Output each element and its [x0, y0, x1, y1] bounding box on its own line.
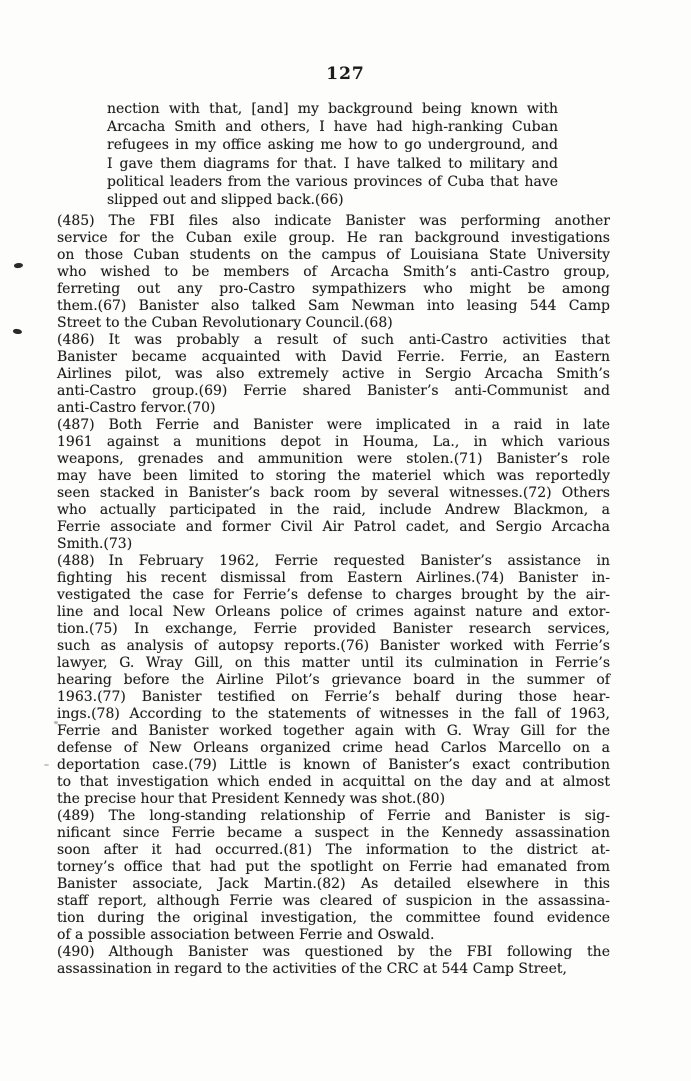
document-page: 127 nection with that, [and] my backgrou… — [0, 0, 691, 1081]
paragraph-489: (489) The long-standing relationship of … — [57, 808, 610, 944]
text-line: 1963.(77) Banister testified on Ferrie’s… — [57, 689, 610, 706]
text-line: who actually participated in the raid, i… — [57, 502, 610, 519]
text-line: Airlines pilot, was also extremely activ… — [57, 366, 610, 383]
text-line: line and local New Orleans police of cri… — [57, 604, 610, 621]
text-line: tion during the original investigation, … — [57, 910, 610, 927]
text-line: I gave them diagrams for that. I have ta… — [107, 155, 558, 173]
paragraph-486: (486) It was probably a result of such a… — [57, 332, 610, 417]
text-line: fighting his recent dismissal from Easte… — [57, 570, 610, 587]
text-line: staff report, although Ferrie was cleare… — [57, 893, 610, 910]
text-line: hearing before the Airline Pilot’s griev… — [57, 672, 610, 689]
text-line: (489) The long-standing relationship of … — [57, 808, 610, 825]
text-line: nificant since Ferrie became a suspect i… — [57, 825, 610, 842]
text-line: assassination in regard to the activitie… — [57, 961, 610, 978]
text-line: Smith.(73) — [57, 536, 610, 553]
ink-speck — [54, 721, 58, 724]
text-line: slipped out and slipped back.(66) — [107, 191, 558, 209]
text-line: the precise hour that President Kennedy … — [57, 791, 610, 808]
text-line: seen stacked in Banister’s back room by … — [57, 485, 610, 502]
text-line: 1961 against a munitions depot in Houma,… — [57, 434, 610, 451]
text-line: political leaders from the various provi… — [107, 173, 558, 191]
text-line: nection with that, [and] my background b… — [107, 100, 558, 118]
ink-speck — [44, 764, 49, 766]
text-line: deportation case.(79) Little is known of… — [57, 757, 610, 774]
text-line: them.(67) Banister also talked Sam Newma… — [57, 298, 610, 315]
text-line: Banister associate, Jack Martin.(82) As … — [57, 876, 610, 893]
text-line: vestigated the case for Ferrie’s defense… — [57, 587, 610, 604]
text-line: Arcacha Smith and others, I have had hig… — [107, 118, 558, 136]
text-line: of a possible association between Ferrie… — [57, 927, 610, 944]
text-line: refugees in my office asking me how to g… — [107, 136, 558, 154]
text-line: Ferrie and Banister worked together agai… — [57, 723, 610, 740]
text-line: weapons, grenades and ammunition were st… — [57, 451, 610, 468]
paragraph-488: (488) In February 1962, Ferrie requested… — [57, 553, 610, 808]
text-line: such as analysis of autopsy reports.(76)… — [57, 638, 610, 655]
page-number: 127 — [0, 64, 691, 84]
text-line: (485) The FBI files also indicate Banist… — [57, 213, 610, 230]
text-line: on those Cuban students on the campus of… — [57, 247, 610, 264]
ink-speck — [14, 262, 24, 268]
paragraph-490: (490) Although Banister was questioned b… — [57, 944, 610, 978]
text-line: tion.(75) In exchange, Ferrie provided B… — [57, 621, 610, 638]
ink-speck — [13, 329, 22, 335]
text-line: anti-Castro fervor.(70) — [57, 400, 610, 417]
text-line: Ferrie associate and former Civil Air Pa… — [57, 519, 610, 536]
text-line: (490) Although Banister was questioned b… — [57, 944, 610, 961]
text-line: Banister became acquainted with David Fe… — [57, 349, 610, 366]
text-line: lawyer, G. Wray Gill, on this matter unt… — [57, 655, 610, 672]
text-line: (487) Both Ferrie and Banister were impl… — [57, 417, 610, 434]
page-content: nection with that, [and] my background b… — [57, 100, 610, 978]
text-line: who wished to be members of Arcacha Smit… — [57, 264, 610, 281]
text-line: service for the Cuban exile group. He ra… — [57, 230, 610, 247]
text-line: Street to the Cuban Revolutionary Counci… — [57, 315, 610, 332]
text-line: may have been limited to storing the mat… — [57, 468, 610, 485]
text-line: soon after it had occurred.(81) The info… — [57, 842, 610, 859]
blockquote-excerpt: nection with that, [and] my background b… — [107, 100, 558, 209]
text-line: anti-Castro group.(69) Ferrie shared Ban… — [57, 383, 610, 400]
paragraph-487: (487) Both Ferrie and Banister were impl… — [57, 417, 610, 553]
text-line: ings.(78) According to the statements of… — [57, 706, 610, 723]
text-line: to that investigation which ended in acq… — [57, 774, 610, 791]
text-line: (486) It was probably a result of such a… — [57, 332, 610, 349]
text-line: ferreting out any pro-Castro sympathizer… — [57, 281, 610, 298]
text-line: torney’s office that had put the spotlig… — [57, 859, 610, 876]
text-line: defense of New Orleans organized crime h… — [57, 740, 610, 757]
text-line: (488) In February 1962, Ferrie requested… — [57, 553, 610, 570]
paragraph-485: (485) The FBI files also indicate Banist… — [57, 213, 610, 332]
